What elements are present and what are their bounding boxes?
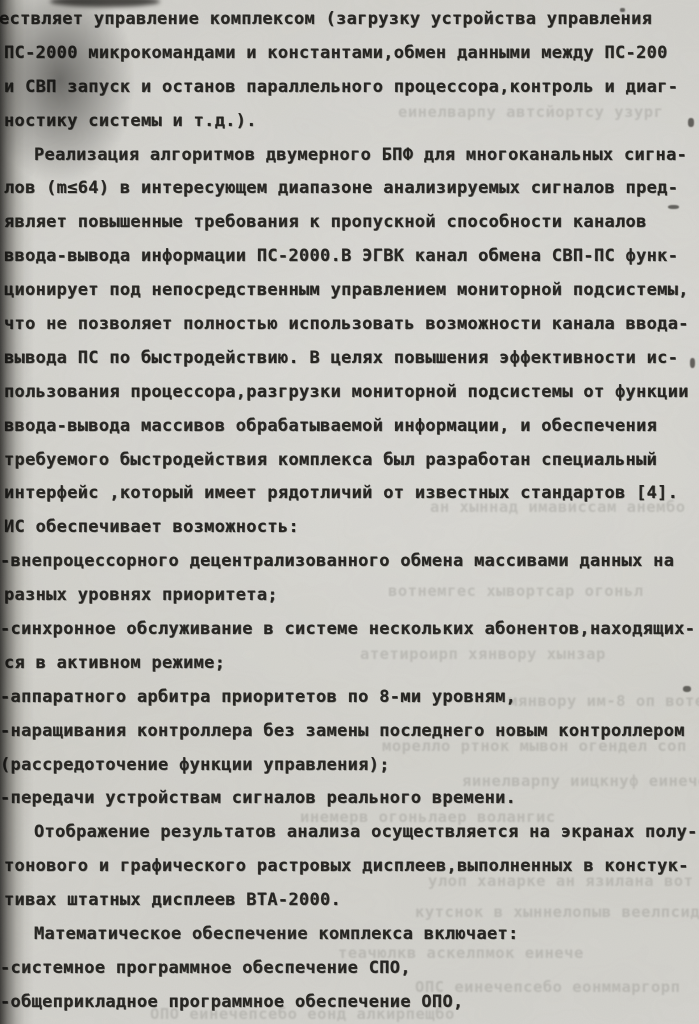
- text-line: ционирует под непосредственным управлени…: [4, 273, 699, 307]
- text-line: тивах штатных дисплеев ВТА-2000.: [4, 883, 699, 917]
- text-line: разных уровнях приоритета;: [4, 578, 699, 612]
- text-line: требуемого быстродействия комплекса был …: [4, 443, 699, 477]
- text-line: -внепроцессорного децентрализованного об…: [0, 544, 699, 578]
- text-line: что не позволяет полностью использовать …: [4, 307, 699, 341]
- text-line: лов (m≤64) в интересующем диапазоне анал…: [4, 171, 699, 205]
- text-line: ввода-вывода информации ПС-2000.В ЭГВК к…: [4, 239, 699, 273]
- text-line: -аппаратного арбитра приоритетов по 8-ми…: [0, 680, 699, 714]
- text-line: вывода ПС по быстродействию. В целях пов…: [4, 341, 699, 375]
- text-line: ИС обеспечивает возможность:: [4, 510, 699, 544]
- text-line: ествляет управление комплексом (загрузку…: [0, 2, 699, 36]
- text-line: ввода-вывода массивов обрабатываемой инф…: [4, 409, 699, 443]
- text-line: Математическое обеспечение комплекса вкл…: [4, 917, 699, 951]
- text-line: -наращивания контроллера без замены посл…: [0, 714, 699, 748]
- text-line: Отображение результатов анализа осуществ…: [4, 815, 699, 849]
- text-line: -передачи устройствам сигналов реального…: [0, 781, 699, 815]
- text-line: (рассредоточение функции управления);: [0, 748, 699, 782]
- text-line: -общеприкладное программное обеспечение …: [0, 985, 699, 1019]
- text-line: ностику системы и т.д.).: [4, 104, 699, 138]
- text-line: Реализация алгоритмов двумерного БПФ для…: [4, 138, 699, 172]
- text-line: пользования процессора,разгрузки монитор…: [4, 375, 699, 409]
- scanned-page: еинелварпу автсйортсу узург ан хыннад им…: [0, 0, 699, 1024]
- page-text: ествляет управление комплексом (загрузку…: [4, 2, 699, 1019]
- text-line: тонового и графического растровых диспле…: [4, 849, 699, 883]
- text-line: интерфейс ,который имеет рядотличий от и…: [4, 476, 699, 510]
- text-line: -системное программное обеспечение СПО,: [0, 951, 699, 985]
- text-line: ПС-2000 микрокомандами и константами,обм…: [4, 36, 699, 70]
- text-line: и СВП запуск и останов параллельного про…: [4, 70, 699, 104]
- text-line: ся в активном режиме;: [4, 646, 699, 680]
- text-line: являет повышенные требования к пропускно…: [4, 205, 699, 239]
- text-line: -синхронное обслуживание в системе неско…: [0, 612, 699, 646]
